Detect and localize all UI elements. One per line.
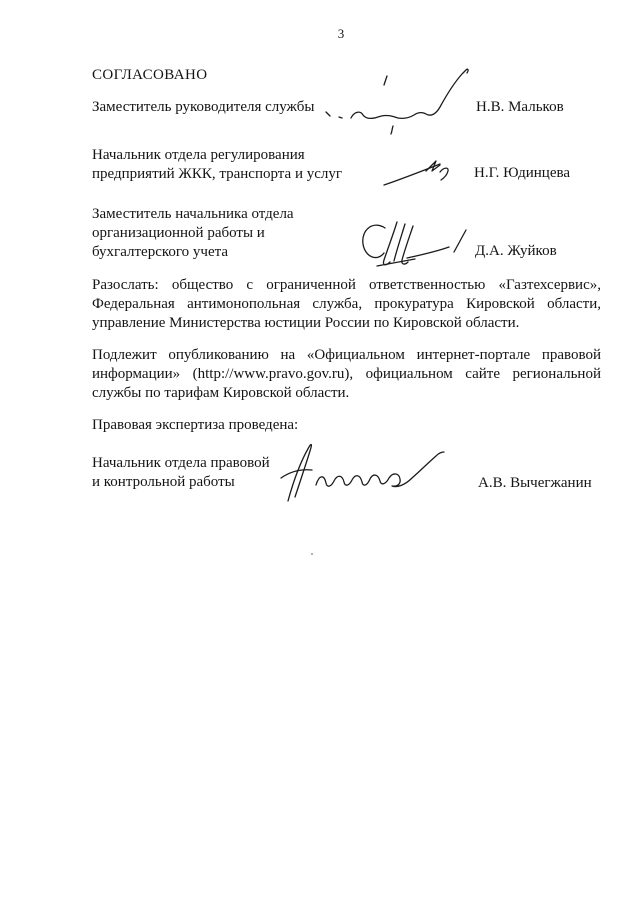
signature-stroke <box>363 225 385 257</box>
approval-heading: СОГЛАСОВАНО <box>92 66 207 85</box>
role-line: Начальник отдела регулирования <box>92 146 342 165</box>
vychegzhanin-signature <box>276 441 454 505</box>
signature-stroke <box>351 69 468 118</box>
paragraph-line: службы по тарифам Кировской области. <box>92 384 601 403</box>
legal-review-statement: Правовая экспертиза проведена: <box>92 416 298 435</box>
signatory-role-2: Начальник отдела регулирования предприят… <box>92 146 342 184</box>
role-line: Заместитель руководителя службы <box>92 98 314 117</box>
paragraph-line: Подлежит опубликованию на «Официальном и… <box>92 346 601 365</box>
signatory-role-3: Заместитель начальника отдела организаци… <box>92 205 294 262</box>
role-line: бухгалтерского учета <box>92 243 294 262</box>
role-line: Начальник отдела правовой <box>92 454 270 473</box>
signatory-name-2: Н.Г. Юдинцева <box>474 164 570 183</box>
signature-stroke <box>426 161 440 171</box>
distribution-paragraph: Разослать: общество с ограниченной ответ… <box>92 276 601 333</box>
role-line: Заместитель начальника отдела <box>92 205 294 224</box>
document-page: 3 СОГЛАСОВАНО Заместитель руководителя с… <box>0 0 640 905</box>
signature-stroke <box>454 230 466 252</box>
signatory-role-4: Начальник отдела правовой и контрольной … <box>92 454 270 492</box>
signature-stroke <box>384 76 387 85</box>
signature-stroke <box>384 164 440 185</box>
signature-stroke <box>339 117 342 118</box>
signature-stroke <box>440 168 448 180</box>
signature-stroke <box>407 247 449 258</box>
zhuykov-signature <box>357 216 471 268</box>
signature-stroke <box>391 126 393 134</box>
scan-artifact-dot <box>311 553 313 555</box>
signatory-name-4: А.В. Вычегжанин <box>478 474 592 493</box>
page-number: 3 <box>330 26 352 41</box>
signature-stroke <box>326 112 330 116</box>
yudintseva-signature <box>380 150 462 190</box>
signatory-role-1: Заместитель руководителя службы <box>92 98 314 117</box>
role-line: предприятий ЖКК, транспорта и услуг <box>92 165 342 184</box>
signature-stroke <box>316 452 444 487</box>
signature-stroke <box>377 259 415 266</box>
signatory-name-1: Н.В. Мальков <box>476 98 564 117</box>
signatory-name-3: Д.А. Жуйков <box>475 242 557 261</box>
paragraph-line: Разослать: общество с ограниченной ответ… <box>92 276 601 295</box>
role-line: организационной работы и <box>92 224 294 243</box>
paragraph-line: управление Министерства юстиции России п… <box>92 314 601 333</box>
paragraph-line: информации» (http://www.pravo.gov.ru), о… <box>92 365 601 384</box>
publication-paragraph: Подлежит опубликованию на «Официальном и… <box>92 346 601 403</box>
paragraph-line: Федеральная антимонопольная служба, прок… <box>92 295 601 314</box>
malkov-signature <box>323 66 481 138</box>
role-line: и контрольной работы <box>92 473 270 492</box>
